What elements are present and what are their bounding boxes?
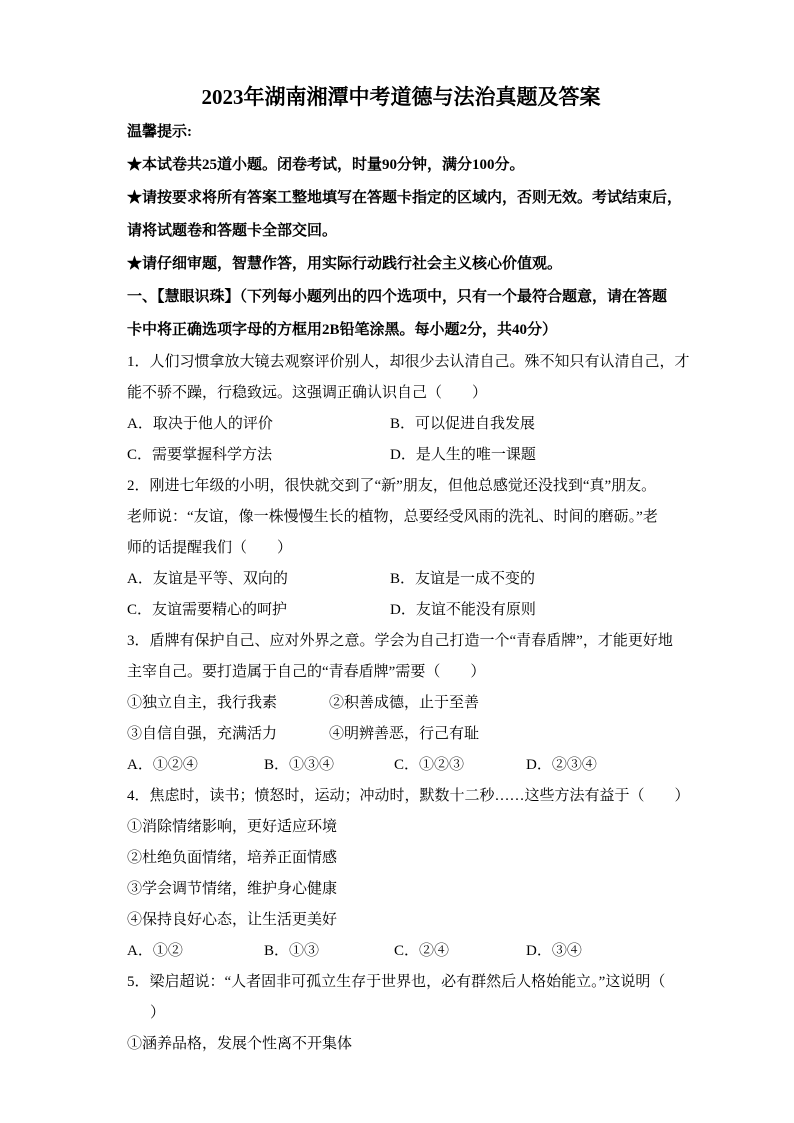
q3-option-c: C．①②③	[394, 750, 526, 781]
q4-option-b: B．①③	[264, 936, 394, 967]
q4-item-4: ④保持良好心态，让生活更美好	[127, 905, 675, 936]
q3-item-1: ①独立自主，我行我素	[127, 688, 329, 719]
q5-stem-line-1: 5．梁启超说：“人者固非可孤立生存于世界也，必有群然后人格始能立。”这说明（	[127, 967, 675, 998]
q3-option-b: B．①③④	[264, 750, 394, 781]
q3-items-row-12: ①独立自主，我行我素②积善成德，止于至善	[127, 688, 675, 719]
q3-option-d: D．②③④	[526, 757, 597, 773]
q1-options-row-cd: C．需要掌握科学方法D．是人生的唯一课题	[127, 440, 675, 471]
notice-line-1: ★本试卷共25道小题。闭卷考试，时量90分钟，满分100分。	[127, 149, 675, 182]
exam-page: 2023年湖南湘潭中考道德与法治真题及答案 温馨提示: ★本试卷共25道小题。闭…	[127, 84, 675, 1060]
q1-option-b: B．可以促进自我发展	[390, 416, 535, 432]
document-title: 2023年湖南湘潭中考道德与法治真题及答案	[127, 84, 675, 110]
notice-line-3: 请将试题卷和答题卡全部交回。	[127, 215, 675, 248]
q2-option-b: B．友谊是一成不变的	[390, 571, 535, 587]
q3-items-row-34: ③自信自强，充满活力④明辨善恶，行己有耻	[127, 719, 675, 750]
q1-stem-line-2: 能不骄不躁，行稳致远。这强调正确认识自己（ ）	[127, 378, 675, 409]
section1-heading-line-2: 卡中将正确选项字母的方框用2B铅笔涂黑。每小题2分，共40分）	[127, 314, 675, 347]
q4-stem-line-1: 4．焦虑时，读书；愤怒时，运动；冲动时，默数十二秒……这些方法有益于（ ）	[127, 781, 675, 812]
q3-stem-line-1: 3．盾牌有保护自己、应对外界之意。学会为自己打造一个“青春盾牌”，才能更好地	[127, 626, 675, 657]
q1-option-d: D．是人生的唯一课题	[390, 447, 536, 463]
q5-item-1: ①涵养品格，发展个性离不开集体	[127, 1029, 675, 1060]
q4-options-row: A．①②B．①③C．②④D．③④	[127, 936, 675, 967]
q2-option-c: C．友谊需要精心的呵护	[127, 595, 390, 626]
q1-option-c: C．需要掌握科学方法	[127, 440, 390, 471]
notice-heading: 温馨提示:	[127, 116, 675, 149]
section1-heading-line-1: 一、【慧眼识珠】（下列每小题列出的四个选项中，只有一个最符合题意，请在答题	[127, 281, 675, 314]
q2-option-a: A．友谊是平等、双向的	[127, 564, 390, 595]
q1-option-a: A．取决于他人的评价	[127, 409, 390, 440]
q1-stem-line-1: 1．人们习惯拿放大镜去观察评价别人，却很少去认清自己。殊不知只有认清自己，才	[127, 347, 675, 378]
q2-option-d: D．友谊不能没有原则	[390, 602, 536, 618]
q4-option-c: C．②④	[394, 936, 526, 967]
q3-item-3: ③自信自强，充满活力	[127, 719, 329, 750]
q4-option-a: A．①②	[127, 936, 264, 967]
q3-option-a: A．①②④	[127, 750, 264, 781]
q1-options-row-ab: A．取决于他人的评价B．可以促进自我发展	[127, 409, 675, 440]
q4-item-2: ②杜绝负面情绪，培养正面情感	[127, 843, 675, 874]
q2-options-row-ab: A．友谊是平等、双向的B．友谊是一成不变的	[127, 564, 675, 595]
q3-options-row: A．①②④B．①③④C．①②③D．②③④	[127, 750, 675, 781]
notice-line-2: ★请按要求将所有答案工整地填写在答题卡指定的区域内，否则无效。考试结束后，	[127, 182, 675, 215]
q4-option-d: D．③④	[526, 943, 582, 959]
q2-options-row-cd: C．友谊需要精心的呵护D．友谊不能没有原则	[127, 595, 675, 626]
q2-stem-line-3: 师的话提醒我们（ ）	[127, 533, 675, 564]
q2-stem-line-2: 老师说：“友谊，像一株慢慢生长的植物，总要经受风雨的洗礼、时间的磨砺。”老	[127, 502, 675, 533]
notice-line-4: ★请仔细审题，智慧作答，用实际行动践行社会主义核心价值观。	[127, 248, 675, 281]
q4-item-1: ①消除情绪影响，更好适应环境	[127, 812, 675, 843]
q3-stem-line-2: 主宰自己。要打造属于自己的“青春盾牌”需要（ ）	[127, 657, 675, 688]
q3-item-4: ④明辨善恶，行己有耻	[329, 726, 479, 742]
q2-stem-line-1: 2．刚进七年级的小明，很快就交到了“新”朋友，但他总感觉还没找到“真”朋友。	[127, 471, 675, 502]
q4-item-3: ③学会调节情绪，维护身心健康	[127, 874, 675, 905]
q5-stem-line-2: ）	[127, 998, 675, 1029]
q3-item-2: ②积善成德，止于至善	[329, 695, 479, 711]
